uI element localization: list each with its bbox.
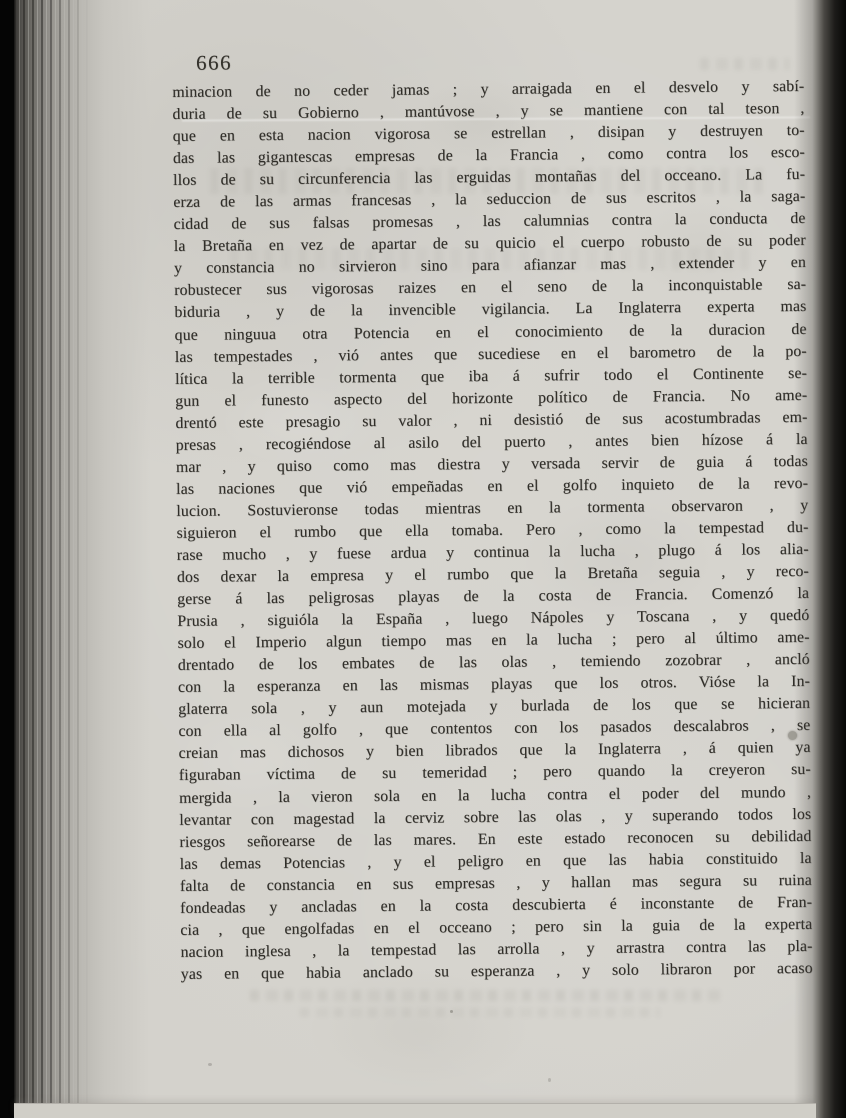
page-stack-edges: [14, 0, 89, 1118]
page-bottom-edge: [14, 1103, 816, 1118]
paper-speck: [548, 1078, 551, 1082]
body-text-paragraph: minacion de no ceder jamas ; y arraigada…: [172, 76, 813, 986]
page-number: 666: [196, 50, 232, 75]
scanned-book-page: 666 minacion de no ceder jamas ; y arrai…: [0, 0, 846, 1118]
gutter-shadow-right: [794, 0, 846, 1118]
paper-speck: [450, 1010, 453, 1013]
paper-speck: [208, 1063, 212, 1066]
